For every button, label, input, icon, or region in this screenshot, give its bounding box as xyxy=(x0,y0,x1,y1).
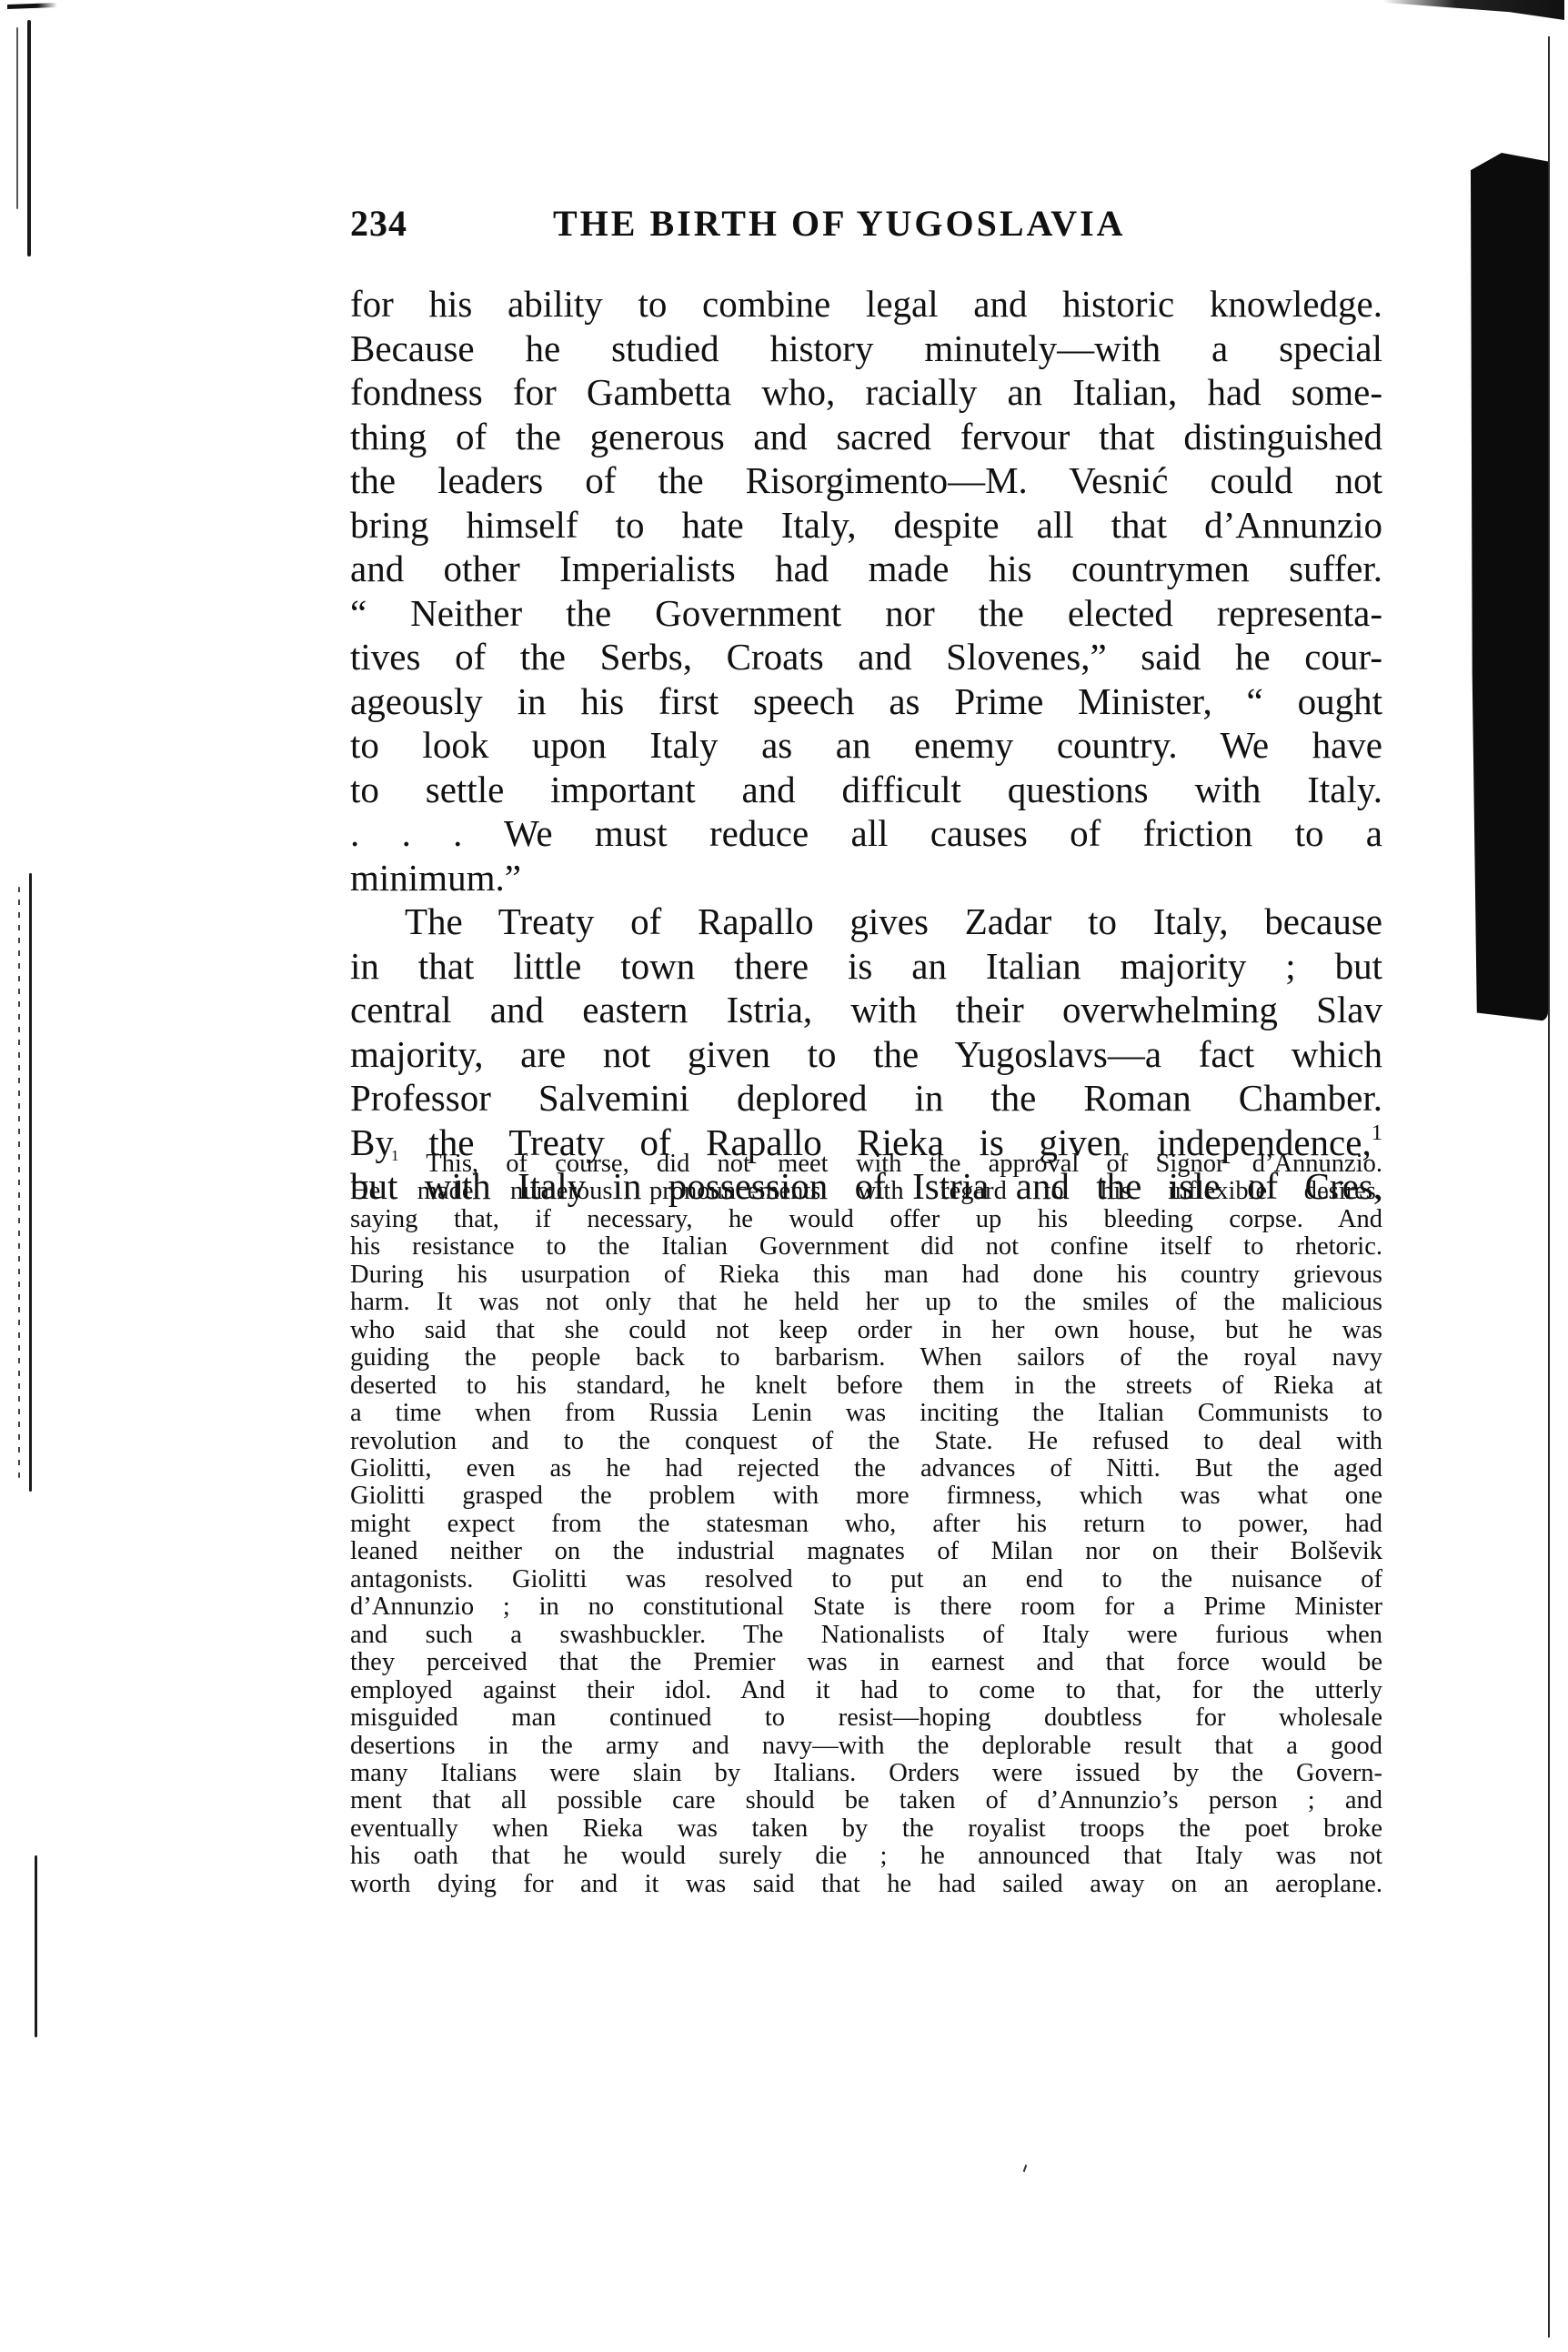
footnote-line: they perceived that the Premier was in e… xyxy=(350,1649,1382,1676)
binding-shadow xyxy=(29,873,32,1492)
footnote-line: leaned neither on the industrial magnate… xyxy=(350,1538,1382,1565)
body-line: fondness for Gambetta who, racially an I… xyxy=(350,370,1382,415)
footnote-line: antagonists. Giolitti was resolved to pu… xyxy=(350,1566,1382,1593)
body-line: the leaders of the Risorgimento—M. Vesni… xyxy=(350,458,1382,503)
body-line: in that little town there is an Italian … xyxy=(350,944,1382,989)
footnote: 1 This, of course, did not meet with the… xyxy=(350,1151,1382,1898)
body-line: tives of the Serbs, Croats and Slovenes,… xyxy=(350,635,1382,679)
footnote-line: ment that all possible care should be ta… xyxy=(350,1787,1382,1814)
binding-shadow xyxy=(16,27,18,209)
scan-speck xyxy=(1023,2165,1028,2172)
body-line: . . . We must reduce all causes of frict… xyxy=(350,811,1382,856)
footnote-line-text: This, of course, did not meet with the a… xyxy=(426,1150,1382,1178)
footnote-line: many Italians were slain by Italians. Or… xyxy=(350,1760,1382,1787)
body-line: central and eastern Istria, with their o… xyxy=(350,988,1382,1032)
footnote-line: 1 This, of course, did not meet with the… xyxy=(350,1151,1382,1178)
footnote-line: and such a swashbuckler. The Nationalist… xyxy=(350,1622,1382,1649)
body-line: and other Imperialists had made his coun… xyxy=(350,547,1382,591)
footnote-line: worth dying for and it was said that he … xyxy=(350,1871,1382,1898)
binding-shadow xyxy=(27,20,31,256)
body-line: bring himself to hate Italy, despite all… xyxy=(350,503,1382,548)
footnote-line: his oath that he would surely die ; he a… xyxy=(350,1843,1382,1870)
body-line: for his ability to combine legal and his… xyxy=(350,282,1382,327)
footnote-line: deserted to his standard, he knelt befor… xyxy=(350,1372,1382,1400)
body-text: for his ability to combine legal and his… xyxy=(350,282,1382,1209)
footnote-line: Giolitti grasped the problem with more f… xyxy=(350,1483,1382,1510)
footnote-line: d’Annunzio ; in no constitutional State … xyxy=(350,1593,1382,1621)
footnote-line: his resistance to the Italian Government… xyxy=(350,1233,1382,1261)
binding-shadow xyxy=(35,1855,37,2037)
running-header: 234 THE BIRTH OF YUGOSLAVIA xyxy=(350,202,1382,247)
body-line: “ Neither the Government nor the elected… xyxy=(350,591,1382,636)
scan-edge-mark xyxy=(7,3,57,9)
footnote-line: Giolitti, even as he had rejected the ad… xyxy=(350,1455,1382,1483)
body-line: to look upon Italy as an enemy country. … xyxy=(350,723,1382,768)
footnote-line: employed against their idol. And it had … xyxy=(350,1677,1382,1704)
footnote-line: He made numerous pronouncements with reg… xyxy=(350,1178,1382,1205)
page-edge-line xyxy=(1548,36,1550,2337)
body-line: minimum.” xyxy=(350,856,1382,900)
footnote-line: eventually when Rieka was taken by the r… xyxy=(350,1815,1382,1843)
footnote-line: might expect from the statesman who, aft… xyxy=(350,1511,1382,1538)
footnote-marker: 1 xyxy=(391,1147,399,1164)
body-line: ageously in his first speech as Prime Mi… xyxy=(350,679,1382,724)
footnote-reference[interactable]: 1 xyxy=(1372,1120,1382,1144)
footnote-line: harm. It was not only that he held her u… xyxy=(350,1289,1382,1316)
body-line: thing of the generous and sacred fervour… xyxy=(350,415,1382,459)
running-title: THE BIRTH OF YUGOSLAVIA xyxy=(553,202,1126,245)
binding-shadow xyxy=(18,887,20,1478)
body-line: to settle important and difficult questi… xyxy=(350,768,1382,812)
paragraph-start-line: The Treaty of Rapallo gives Zadar to Ita… xyxy=(350,900,1382,944)
footnote-line: misguided man continued to resist—hoping… xyxy=(350,1704,1382,1732)
footnote-line: a time when from Russia Lenin was inciti… xyxy=(350,1400,1382,1427)
footnote-line: During his usurpation of Rieka this man … xyxy=(350,1261,1382,1289)
footnote-line: guiding the people back to barbarism. Wh… xyxy=(350,1344,1382,1372)
footnote-line: revolution and to the conquest of the St… xyxy=(350,1428,1382,1455)
body-line: Because he studied history minutely—with… xyxy=(350,327,1382,371)
scan-edge-mark xyxy=(1382,0,1564,20)
footnote-line: desertions in the army and navy—with the… xyxy=(350,1733,1382,1760)
footnote-line: saying that, if necessary, he would offe… xyxy=(350,1206,1382,1233)
footnote-line: who said that she could not keep order i… xyxy=(350,1317,1382,1344)
body-line: Professor Salvemini deplored in the Roma… xyxy=(350,1076,1382,1121)
page-edge-shadow xyxy=(1471,153,1548,1021)
body-line: majority, are not given to the Yugoslavs… xyxy=(350,1032,1382,1077)
page-number: 234 xyxy=(350,202,407,245)
